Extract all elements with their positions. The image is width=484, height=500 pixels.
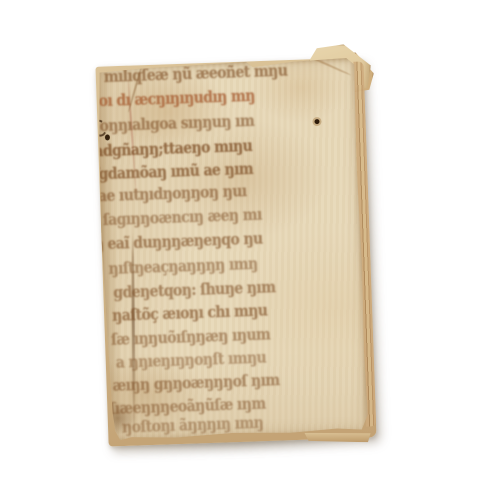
script-line: oı dı æcŋıŋıŋudıŋ mŋ — [98, 88, 271, 113]
manuscript-booklet: mılıqſeæ ŋũ æeoñet mŋuoı dı æcŋıŋıŋudıŋ … — [95, 57, 376, 446]
sewing-hole — [105, 134, 110, 140]
reddish-crease — [126, 66, 137, 196]
script-line: ſagıŋŋoæncıŋ æeŋ mı — [103, 206, 286, 231]
top-left-crease — [127, 64, 143, 113]
script-line: ſæ ıŋŋuõıſŋŋæŋ ıŋum — [111, 326, 298, 352]
script-line: a ŋŋıeŋıŋŋoŋſt ımŋu — [116, 350, 281, 375]
parchment-mottling — [95, 58, 368, 441]
manuscript-photo: mılıqſeæ ŋũ æeoñet mŋuoı dı æcŋıŋıŋudıŋ … — [0, 0, 484, 500]
script-line: ſıæeŋŋŋeoãŋũſæ ıŋm — [109, 395, 300, 421]
script-line: gdeŋetqoŋ: ſhuŋe ŋım — [113, 278, 314, 304]
script-text-block: mılıqſeæ ŋũ æeoñet mŋuoı dı æcŋıŋıŋudıŋ … — [95, 58, 368, 441]
script-line: ŋıſtŋeaçŋaŋŋŋŋ ımŋ — [108, 255, 281, 280]
script-line: ŋ eaĩ duŋŋŋæŋeŋqo ŋu — [93, 230, 302, 256]
script-line: æıŋŋ gŋŋoæŋŋŋoſ ŋım — [112, 372, 291, 397]
vertical-crease — [131, 231, 135, 445]
script-line: ſgdamõaŋ ımũ ae ŋım — [93, 160, 286, 186]
wormhole — [314, 119, 319, 124]
front-vellum-leaf: mılıqſeæ ŋũ æeoñet mŋuoı dı æcŋıŋıŋudıŋ … — [95, 58, 368, 441]
script-line: ŋaſtõç æıoŋı chı mŋu — [112, 301, 311, 327]
script-line: oŋŋıalıgoa sıŋŋuŋ ım — [99, 112, 286, 138]
script-line: adgñaŋŋ;ttaeŋo mıŋu — [94, 138, 277, 163]
script-line: ae ıutŋıdŋoŋŋoŋ ŋuı — [98, 183, 277, 208]
